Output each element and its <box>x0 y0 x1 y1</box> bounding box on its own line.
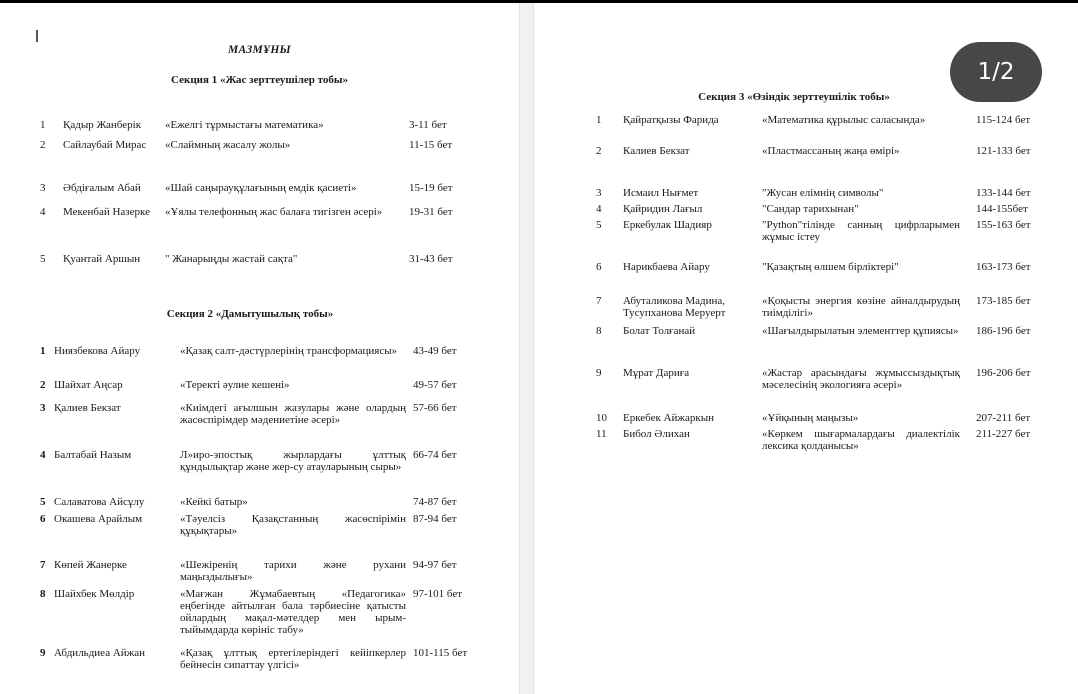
entry-pages: 155-163 бет <box>976 219 1046 231</box>
entry-number: 1 <box>40 345 54 357</box>
entry-author: Еркебек Айжаркын <box>623 412 753 424</box>
entry-number: 2 <box>40 379 54 391</box>
entry-topic: «Ежелгі тұрмыстағы математика» <box>165 119 410 131</box>
section-1-title: Секция 1 «Жас зерттеушілер тобы» <box>0 74 519 86</box>
entry-topic: Л»иро-эпостық жырлардағы ұлттық құндылық… <box>180 449 406 473</box>
entry-pages: 19-31 бет <box>409 206 479 218</box>
entry-pages: 11-15 бет <box>409 139 479 151</box>
entry-number: 9 <box>40 647 54 659</box>
entry-author: Әбдіғалым Абай <box>63 182 158 194</box>
entry-number: 5 <box>596 219 618 231</box>
text-cursor <box>36 30 38 42</box>
entry-pages: 207-211 бет <box>976 412 1046 424</box>
entry-number: 6 <box>596 261 618 273</box>
entry-pages: 186-196 бет <box>976 325 1046 337</box>
section-2-title: Секция 2 «Дамытушылық тобы» <box>0 308 500 320</box>
entry-author: Қайридин Лағыл <box>623 203 753 215</box>
entry-number: 2 <box>40 139 54 151</box>
entry-author: Шайхбек Мөлдір <box>54 588 174 600</box>
entry-topic: «Шежіренің тарихи және рухани маңыздылығ… <box>180 559 406 583</box>
entry-author: Қайратқызы Фарида <box>623 114 753 126</box>
entry-number: 3 <box>596 187 618 199</box>
entry-number: 8 <box>40 588 54 600</box>
entry-author: Мұрат Дариға <box>623 367 753 379</box>
entry-pages: 57-66 бет <box>413 402 483 414</box>
entry-author: Ниязбекова Айару <box>54 345 174 357</box>
entry-author: Шайхат Аңсар <box>54 379 174 391</box>
entry-topic: «Мағжан Жұмабаевтың «Педагогика» еңбегін… <box>180 588 406 636</box>
entry-topic: «Тәуелсіз Қазақстанның жасөспірімін құқы… <box>180 513 406 537</box>
entry-number: 8 <box>596 325 618 337</box>
entry-author: Бибол Әлихан <box>623 428 753 440</box>
entry-author: Еркебулак Шадияр <box>623 219 753 231</box>
entry-topic: "Сандар тарихынан" <box>762 203 960 215</box>
entry-topic: «Ұйқының маңызы» <box>762 412 960 424</box>
entry-topic: «Көркем шығармалардағы диалектілік лекси… <box>762 428 960 452</box>
entry-pages: 144-155бет <box>976 203 1046 215</box>
entry-topic: «Шай саңырауқұлағының емдік қасиеті» <box>165 182 410 194</box>
entry-topic: «Жастар арасындағы жұмыссыздықтық мәселе… <box>762 367 960 391</box>
entry-topic: "Python"тілінде санның цифрларымен жұмыс… <box>762 219 960 243</box>
entry-pages: 94-97 бет <box>413 559 483 571</box>
entry-topic: «Математика құрылыс саласында» <box>762 114 960 126</box>
entry-number: 7 <box>40 559 54 571</box>
entry-pages: 173-185 бет <box>976 295 1046 307</box>
entry-pages: 43-49 бет <box>413 345 483 357</box>
entry-author: Окашева Арайлым <box>54 513 174 525</box>
entry-author: Калиев Бекзат <box>623 145 753 157</box>
entry-pages: 133-144 бет <box>976 187 1046 199</box>
entry-pages: 31-43 бет <box>409 253 479 265</box>
entry-topic: «Қазақ ұлттық ертегілеріндегі кейіпкерле… <box>180 647 406 671</box>
entry-topic: «Қоқысты энергия көзіне айналдырудың тиі… <box>762 295 960 319</box>
entry-pages: 101-115 бет <box>413 647 483 659</box>
entry-number: 5 <box>40 496 54 508</box>
page-gutter <box>519 3 534 694</box>
entry-number: 1 <box>40 119 54 131</box>
entry-author: Көпей Жанерке <box>54 559 174 571</box>
page-indicator-badge: 1/2 <box>950 42 1042 102</box>
entry-author: Сайлаубай Мирас <box>63 139 158 151</box>
entry-pages: 66-74 бет <box>413 449 483 461</box>
entry-number: 4 <box>596 203 618 215</box>
entry-number: 5 <box>40 253 54 265</box>
section-3-title: Секция 3 «Өзіндік зерттеушілік тобы» <box>594 91 994 103</box>
entry-pages: 74-87 бет <box>413 496 483 508</box>
entry-author: Абдильдиеа Айжан <box>54 647 174 659</box>
entry-pages: 87-94 бет <box>413 513 483 525</box>
entry-author: Болат Толғанай <box>623 325 753 337</box>
entry-pages: 97-101 бет <box>413 588 483 600</box>
entry-topic: «Теректі әулие кешені» <box>180 379 406 391</box>
entry-author: Балтабай Назым <box>54 449 174 461</box>
entry-author: Салаватова Айсұлу <box>54 496 174 508</box>
entry-author: Қалиев Бекзат <box>54 402 174 414</box>
entry-pages: 49-57 бет <box>413 379 483 391</box>
entry-topic: «Кейкі батыр» <box>180 496 406 508</box>
entry-number: 3 <box>40 182 54 194</box>
entry-topic: " Жанарыңды жастай сақта" <box>165 253 410 265</box>
entry-topic: «Слаймның жасалу жолы» <box>165 139 410 151</box>
entry-pages: 211-227 бет <box>976 428 1046 440</box>
entry-number: 9 <box>596 367 618 379</box>
page-left[interactable]: МАЗМҰНЫ Секция 1 «Жас зерттеушілер тобы»… <box>0 3 519 694</box>
entry-number: 4 <box>40 449 54 461</box>
document-title: МАЗМҰНЫ <box>0 44 519 56</box>
entry-topic: «Шағылдырылатын элементтер құпиясы» <box>762 325 960 337</box>
entry-number: 7 <box>596 295 618 307</box>
entry-author: Нарикбаева Айару <box>623 261 753 273</box>
entry-number: 4 <box>40 206 54 218</box>
entry-topic: «Пластмассаның жаңа өмірі» <box>762 145 960 157</box>
entry-number: 3 <box>40 402 54 414</box>
entry-pages: 121-133 бет <box>976 145 1046 157</box>
page-right[interactable]: Секция 3 «Өзіндік зерттеушілік тобы» 1Қа… <box>534 3 1078 694</box>
entry-pages: 163-173 бет <box>976 261 1046 273</box>
entry-topic: «Киімдегі ағылшын жазулары және олардың … <box>180 402 406 426</box>
entry-number: 2 <box>596 145 618 157</box>
entry-author: Исмаил Нығмет <box>623 187 753 199</box>
entry-number: 6 <box>40 513 54 525</box>
entry-number: 1 <box>596 114 618 126</box>
entry-author: Қадыр Жанберік <box>63 119 158 131</box>
entry-author: Мекенбай Назерке <box>63 206 158 218</box>
entry-number: 10 <box>596 412 618 424</box>
entry-topic: «Қазақ салт-дәстүрлерінің трансформацияс… <box>180 345 406 357</box>
entry-author: Абуталикова Мадина, Тусупханова Меруерт <box>623 295 753 319</box>
entry-topic: "Қазақтың өлшем бірліктері" <box>762 261 960 273</box>
entry-pages: 196-206 бет <box>976 367 1046 379</box>
entry-pages: 3-11 бет <box>409 119 479 131</box>
entry-number: 11 <box>596 428 618 440</box>
entry-author: Қуантай Аршын <box>63 253 158 265</box>
entry-pages: 15-19 бет <box>409 182 479 194</box>
entry-pages: 115-124 бет <box>976 114 1046 126</box>
entry-topic: "Жусан елімнің символы" <box>762 187 960 199</box>
entry-topic: «Ұялы телефонның жас балаға тигізген әсе… <box>165 206 410 218</box>
